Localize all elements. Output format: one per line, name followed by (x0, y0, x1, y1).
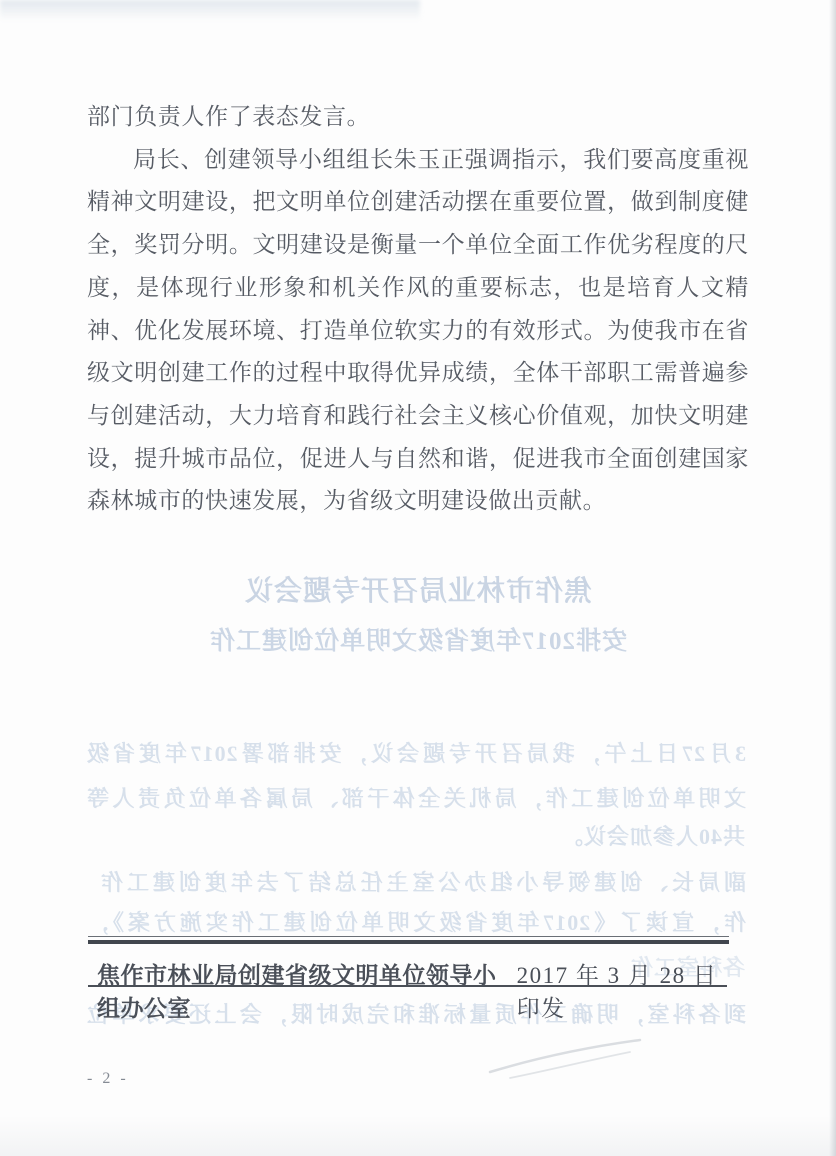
footer-issuer: 焦作市林业局创建省级文明单位领导小组办公室 (97, 957, 517, 1023)
bleedthrough-line: 3月27日上午，我局召开专题会议，安排部署2017年度省级 (86, 737, 746, 768)
document-body: 部门负责人作了表态发言。 局长、创建领导小组组长朱玉正强调指示，我们要高度重视精… (87, 96, 749, 523)
scan-shade-bottom (0, 1116, 836, 1156)
bleedthrough-title-line: 安排2017年度省级文明单位创建工作 (88, 621, 748, 657)
bleedthrough-line: 文明单位创建工作，局机关全体干部、局属各单位负责人等 (86, 782, 746, 813)
bleedthrough-line: 副局长、创建领导小组办公室主任总结了去年度创建工作 (100, 866, 746, 897)
paragraph: 局长、创建领导小组组长朱玉正强调指示，我们要高度重视精神文明建设，把文明单位创建… (87, 139, 749, 523)
scan-edge-shadow (829, 0, 836, 1156)
footer-rule-thin (88, 936, 729, 937)
bleedthrough-line: 作，宣读了《2017年度省级文明单位创建工作实施方案》， (86, 906, 746, 937)
scanned-document-page: 焦作市林业局召开专题会议 安排2017年度省级文明单位创建工作 3月27日上午，… (0, 0, 836, 1156)
footer-print-date: 2017 年 3 月 28 日印发 (517, 957, 729, 1023)
paragraph-continuation: 部门负责人作了表态发言。 (87, 96, 749, 139)
bleedthrough-line: 共40人参加会议。 (560, 820, 745, 851)
page-number: - 2 - (87, 1070, 129, 1088)
footer-rule-thick (88, 940, 729, 944)
footer: 焦作市林业局创建省级文明单位领导小组办公室 2017 年 3 月 28 日印发 (97, 957, 729, 1023)
scan-smudge-top (0, 0, 420, 26)
footer-underline (88, 985, 727, 987)
pencil-scribble-mark (480, 1030, 650, 1090)
bleedthrough-title-line: 焦作市林业局召开专题会议 (88, 569, 748, 609)
